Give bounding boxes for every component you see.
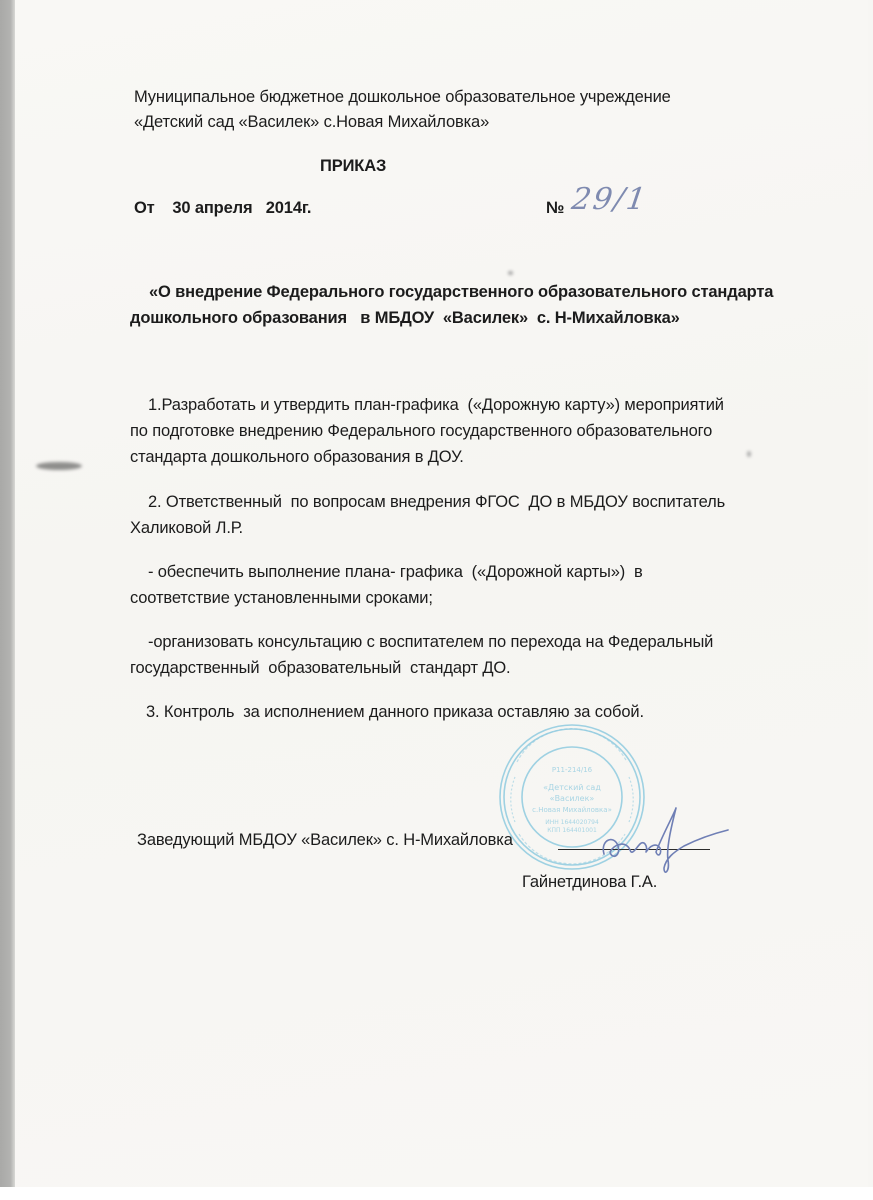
svg-text:ИНН 1644020794: ИНН 1644020794 — [545, 819, 599, 826]
scan-smudge — [747, 451, 751, 457]
scan-smudge — [36, 462, 82, 470]
item-1-line1: 1.Разработать и утвердить план-графика (… — [148, 396, 724, 415]
item-2a-line1: - обеспечить выполнение плана- графика (… — [148, 563, 643, 582]
scanned-page: Муниципальное бюджетное дошкольное образ… — [0, 0, 873, 1200]
item-1-line2: по подготовке внедрению Федерального гос… — [130, 422, 712, 441]
order-title-line2: дошкольного образования в МБДОУ «Василек… — [130, 309, 680, 328]
item-1-line3: стандарта дошкольного образования в ДОУ. — [130, 448, 464, 467]
organization-name-line2: «Детский сад «Василек» с.Новая Михайловк… — [134, 113, 489, 132]
svg-text:Р11-214/16: Р11-214/16 — [552, 766, 593, 774]
scan-margin — [0, 1187, 873, 1200]
item-2a-line2: соответствие установленными сроками; — [130, 589, 433, 608]
signatory-position: Заведующий МБДОУ «Василек» с. Н-Михайлов… — [137, 831, 513, 850]
scanner-edge-shadow — [0, 0, 15, 1187]
order-date: От 30 апреля 2014г. — [134, 199, 311, 218]
scan-smudge — [508, 271, 513, 275]
document-type: ПРИКАЗ — [320, 157, 386, 176]
item-2-line2: Халиковой Л.Р. — [130, 519, 243, 538]
svg-text:«Детский сад: «Детский сад — [543, 783, 601, 792]
item-3-line1: 3. Контроль за исполнением данного прика… — [146, 703, 644, 722]
order-number-handwritten: 29/1 — [570, 182, 650, 217]
signatory-name: Гайнетдинова Г.А. — [522, 873, 657, 892]
handwritten-signature-icon — [592, 800, 732, 880]
item-2b-line2: государственный образовательный стандарт… — [130, 659, 511, 678]
svg-text:«Василек»: «Василек» — [550, 794, 595, 803]
item-2-line1: 2. Ответственный по вопросам внедрения Ф… — [148, 493, 725, 512]
organization-name-line1: Муниципальное бюджетное дошкольное образ… — [134, 88, 671, 107]
item-2b-line1: -организовать консультацию с воспитателе… — [148, 633, 713, 652]
svg-text:КПП 164401001: КПП 164401001 — [547, 827, 597, 834]
order-number-label: № — [546, 199, 564, 218]
order-title-line1: «О внедрение Федерального государственно… — [149, 283, 773, 302]
